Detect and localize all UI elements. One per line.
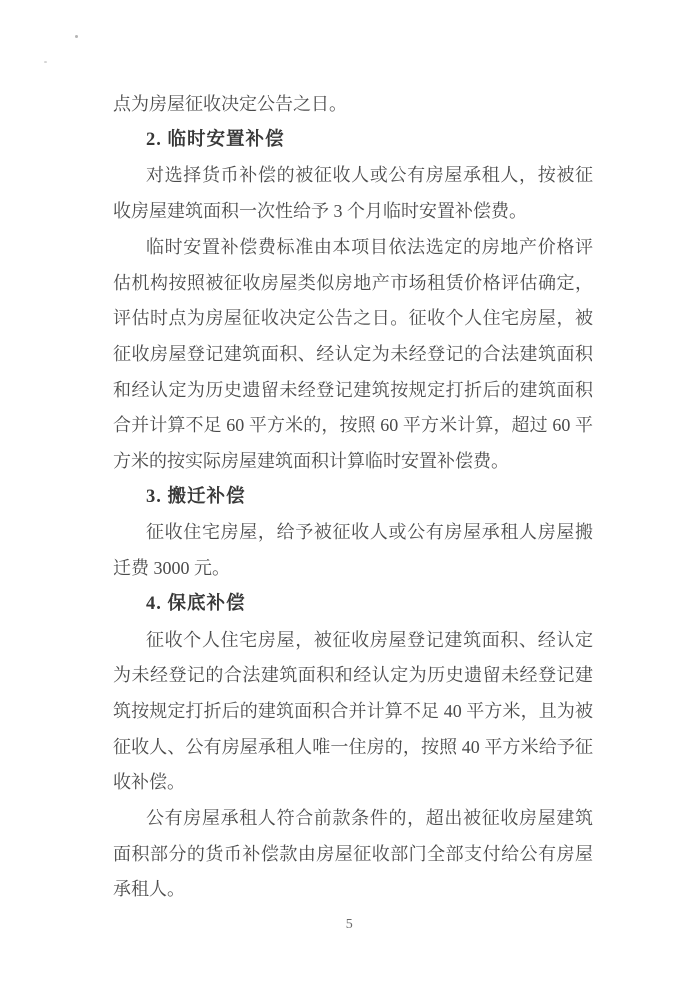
paragraph-line: 征收个人住宅房屋，被征收房屋登记建筑面积、经认定 <box>113 623 593 659</box>
paragraph-line: 征收房屋登记建筑面积、经认定为未经登记的合法建筑面积 <box>113 337 593 373</box>
paragraph-line: 筑按规定打折后的建筑面积合并计算不足 40 平方米，且为被 <box>113 694 593 730</box>
section-heading-relocation: 3. 搬迁补偿 <box>113 480 593 516</box>
page-number: 5 <box>346 917 354 932</box>
paragraph-line: 迁费 3000 元。 <box>113 551 593 587</box>
page-footer: 5 <box>0 915 699 933</box>
paragraph-line: 公有房屋承租人符合前款条件的，超出被征收房屋建筑 <box>113 801 593 837</box>
paragraph-line: 估机构按照被征收房屋类似房地产市场租赁价格评估确定， <box>113 266 593 302</box>
paragraph-line: 收补偿。 <box>113 765 593 801</box>
scan-speck <box>75 35 78 38</box>
section-heading-minimum-guarantee: 4. 保底补偿 <box>113 587 593 623</box>
paragraph-line: 评估时点为房屋征收决定公告之日。征收个人住宅房屋，被 <box>113 301 593 337</box>
paragraph-line: 承租人。 <box>113 872 593 908</box>
paragraph-line: 和经认定为历史遗留未经登记建筑按规定打折后的建筑面积 <box>113 373 593 409</box>
scan-speck <box>44 61 47 63</box>
paragraph-line: 方米的按实际房屋建筑面积计算临时安置补偿费。 <box>113 444 593 480</box>
paragraph-line: 征收人、公有房屋承租人唯一住房的，按照 40 平方米给予征 <box>113 730 593 766</box>
document-page: 点为房屋征收决定公告之日。 2. 临时安置补偿 对选择货币补偿的被征收人或公有房… <box>0 0 699 990</box>
paragraph-line: 征收住宅房屋，给予被征收人或公有房屋承租人房屋搬 <box>113 515 593 551</box>
paragraph-line: 面积部分的货币补偿款由房屋征收部门全部支付给公有房屋 <box>113 837 593 873</box>
paragraph-line: 合并计算不足 60 平方米的，按照 60 平方米计算，超过 60 平 <box>113 408 593 444</box>
paragraph-line: 为未经登记的合法建筑面积和经认定为历史遗留未经登记建 <box>113 658 593 694</box>
section-heading-temporary-resettlement: 2. 临时安置补偿 <box>113 123 593 159</box>
paragraph-line: 收房屋建筑面积一次性给予 3 个月临时安置补偿费。 <box>113 194 593 230</box>
paragraph-line: 对选择货币补偿的被征收人或公有房屋承租人，按被征 <box>113 158 593 194</box>
page-text: 点为房屋征收决定公告之日。 2. 临时安置补偿 对选择货币补偿的被征收人或公有房… <box>113 87 593 908</box>
paragraph-line: 临时安置补偿费标准由本项目依法选定的房地产价格评 <box>113 230 593 266</box>
paragraph-line: 点为房屋征收决定公告之日。 <box>113 87 593 123</box>
